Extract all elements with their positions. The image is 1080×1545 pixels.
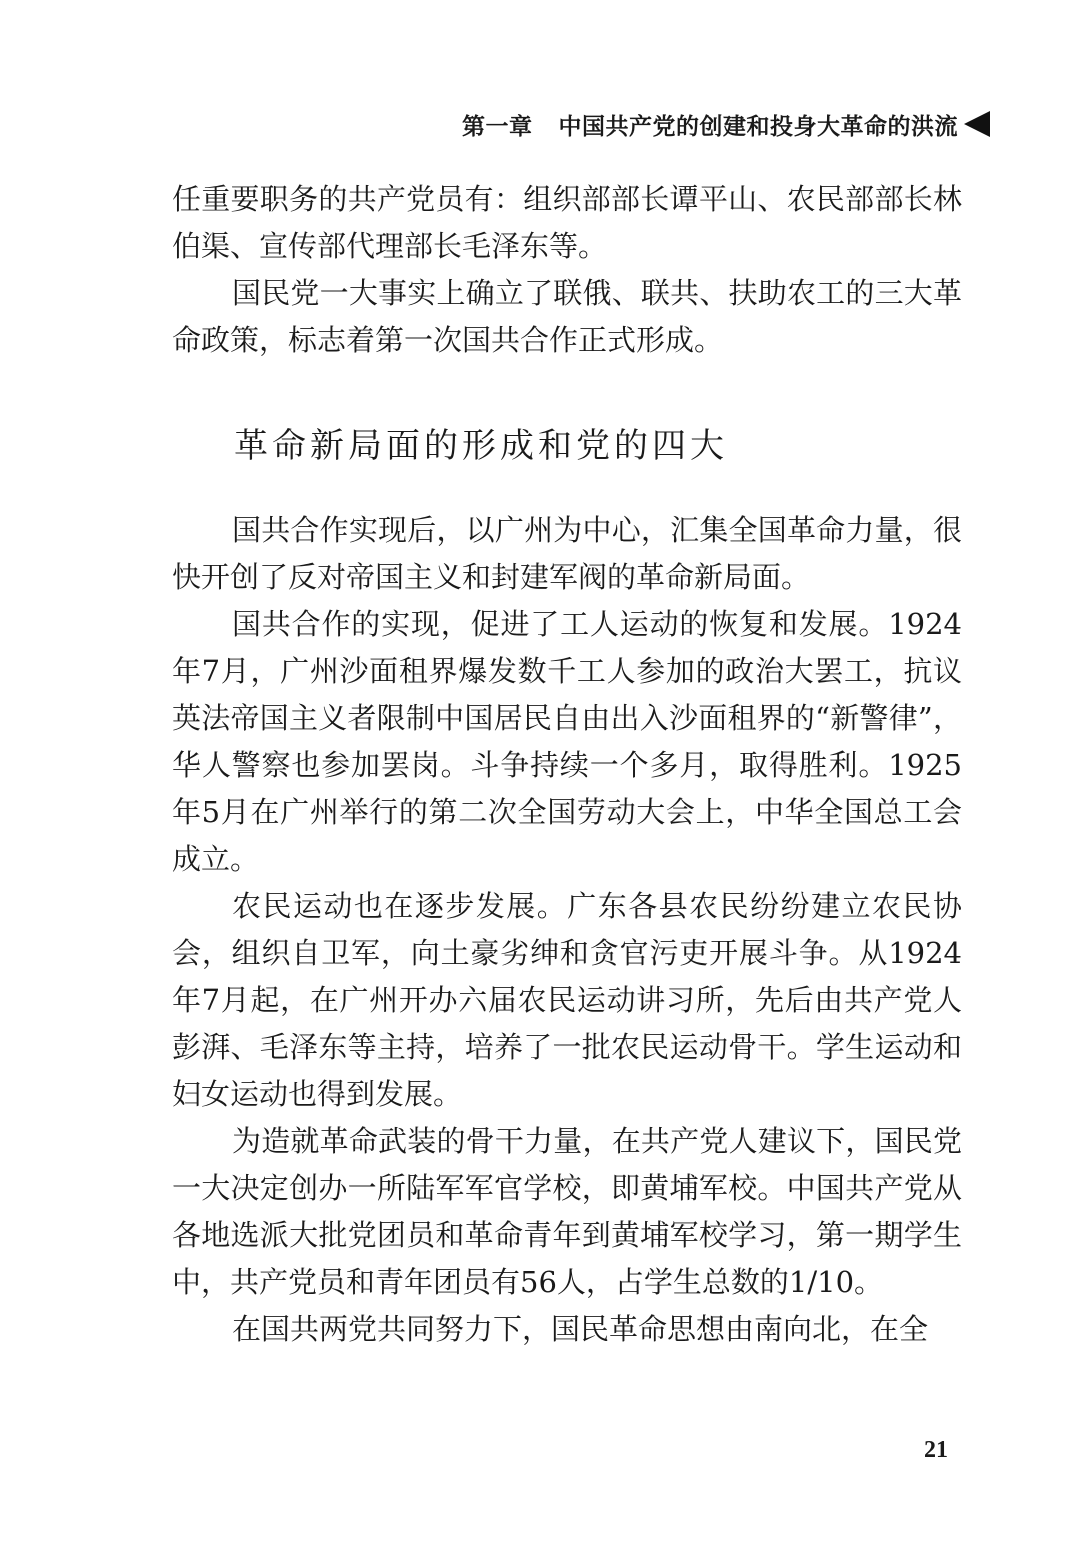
running-header: 第一章 中国共产党的创建和投身大革命的洪流 [462,104,1002,144]
top-text-block: 任重要职务的共产党员有：组织部部长谭平山、农民部部长林伯渠、宣传部代理部长毛泽东… [172,176,962,364]
paragraph: 农民运动也在逐步发展。广东各县农民纷纷建立农民协会，组织自卫军，向土豪劣绅和贪官… [172,883,962,1118]
section-heading: 革命新局面的形成和党的四大 [234,418,728,467]
paragraph: 国共合作的实现，促进了工人运动的恢复和发展。1924年7月，广州沙面租界爆发数千… [172,601,962,883]
paragraph: 任重要职务的共产党员有：组织部部长谭平山、农民部部长林伯渠、宣传部代理部长毛泽东… [172,176,962,270]
paragraph: 为造就革命武装的骨干力量，在共产党人建议下，国民党一大决定创办一所陆军军官学校，… [172,1118,962,1306]
paragraph: 国民党一大事实上确立了联俄、联共、扶助农工的三大革命政策，标志着第一次国共合作正… [172,270,962,364]
chapter-number: 第一章 [462,108,533,141]
paragraph: 国共合作实现后，以广州为中心，汇集全国革命力量，很快开创了反对帝国主义和封建军阀… [172,507,962,601]
section-body: 国共合作实现后，以广州为中心，汇集全国革命力量，很快开创了反对帝国主义和封建军阀… [172,507,962,1353]
page-number: 21 [924,1437,948,1464]
paragraph: 在国共两党共同努力下，国民革命思想由南向北，在全 [172,1306,962,1353]
left-triangle-icon [964,111,990,137]
chapter-title: 中国共产党的创建和投身大革命的洪流 [559,108,959,141]
